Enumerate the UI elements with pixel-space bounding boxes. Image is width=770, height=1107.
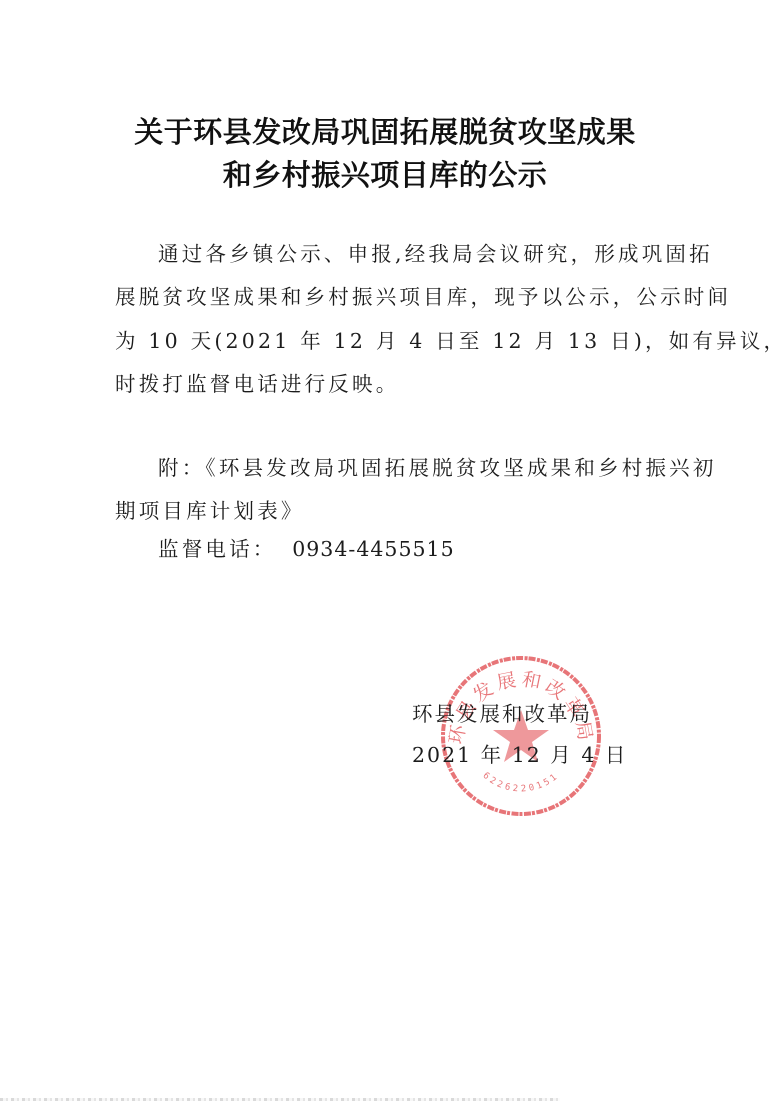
signature-organization: 环县发展和改革局	[412, 697, 592, 727]
official-seal-icon: 环县发展和改革局 6226220151	[437, 652, 605, 820]
document-title-line-2: 和乡村振兴项目库的公示	[0, 153, 770, 194]
supervision-phone: 监督电话： 0934-4455515	[158, 532, 455, 562]
body-line-2: 展脱贫攻坚成果和乡村振兴项目库，现予以公示，公示时间	[115, 280, 731, 310]
signature-date: 2021 年 12 月 4 日	[412, 738, 627, 768]
supervision-phone-label: 监督电话：	[158, 537, 277, 561]
svg-text:6226220151: 6226220151	[481, 771, 562, 795]
body-line-3: 为 10 天(2021 年 12 月 4 日至 12 月 13 日)，如有异议，…	[115, 324, 770, 354]
attachment-line-1: 附：《环县发改局巩固拓展脱贫攻坚成果和乡村振兴初	[158, 451, 717, 481]
attachment-line-2: 期项目库计划表》	[115, 494, 305, 524]
document-title-line-1: 关于环县发改局巩固拓展脱贫攻坚成果	[0, 110, 770, 151]
body-line-1: 通过各乡镇公示、申报,经我局会议研究，形成巩固拓	[158, 237, 713, 267]
scan-artifact-divider	[0, 1098, 560, 1101]
body-line-4: 时拨打监督电话进行反映。	[115, 367, 399, 397]
supervision-phone-number: 0934-4455515	[292, 537, 454, 561]
